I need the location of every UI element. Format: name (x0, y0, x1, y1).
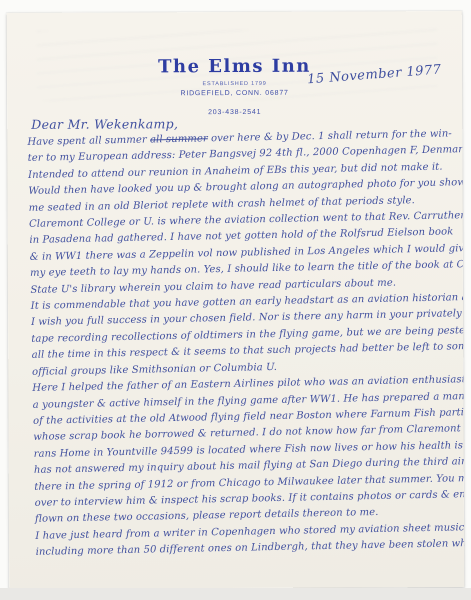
first-line-struck-text: all summer (150, 133, 208, 145)
letterhead-established: ESTABLISHED 1799 (7, 80, 462, 88)
letterhead-phone: 203-438-2541 (7, 108, 462, 117)
salutation: Dear Mr. Wekenkamp, (31, 116, 178, 132)
letterhead: The Elms Inn ESTABLISHED 1799 RIDGEFIELD… (7, 55, 462, 117)
letterhead-address: RIDGEFIELD, CONN. 06877 (7, 89, 462, 98)
letter-body-lines: ter to my European address: Peter Bangsv… (28, 143, 465, 562)
letter-body: Have spent all summer all summer over he… (27, 126, 464, 561)
scan-background: The Elms Inn ESTABLISHED 1799 RIDGEFIELD… (0, 0, 471, 600)
letter-page: The Elms Inn ESTABLISHED 1799 RIDGEFIELD… (7, 11, 465, 589)
first-line-pre: Have spent all summer (27, 134, 150, 147)
scan-bottom-edge (0, 588, 471, 600)
first-line-post: over here & by Dec. 1 shall return for t… (208, 128, 452, 144)
